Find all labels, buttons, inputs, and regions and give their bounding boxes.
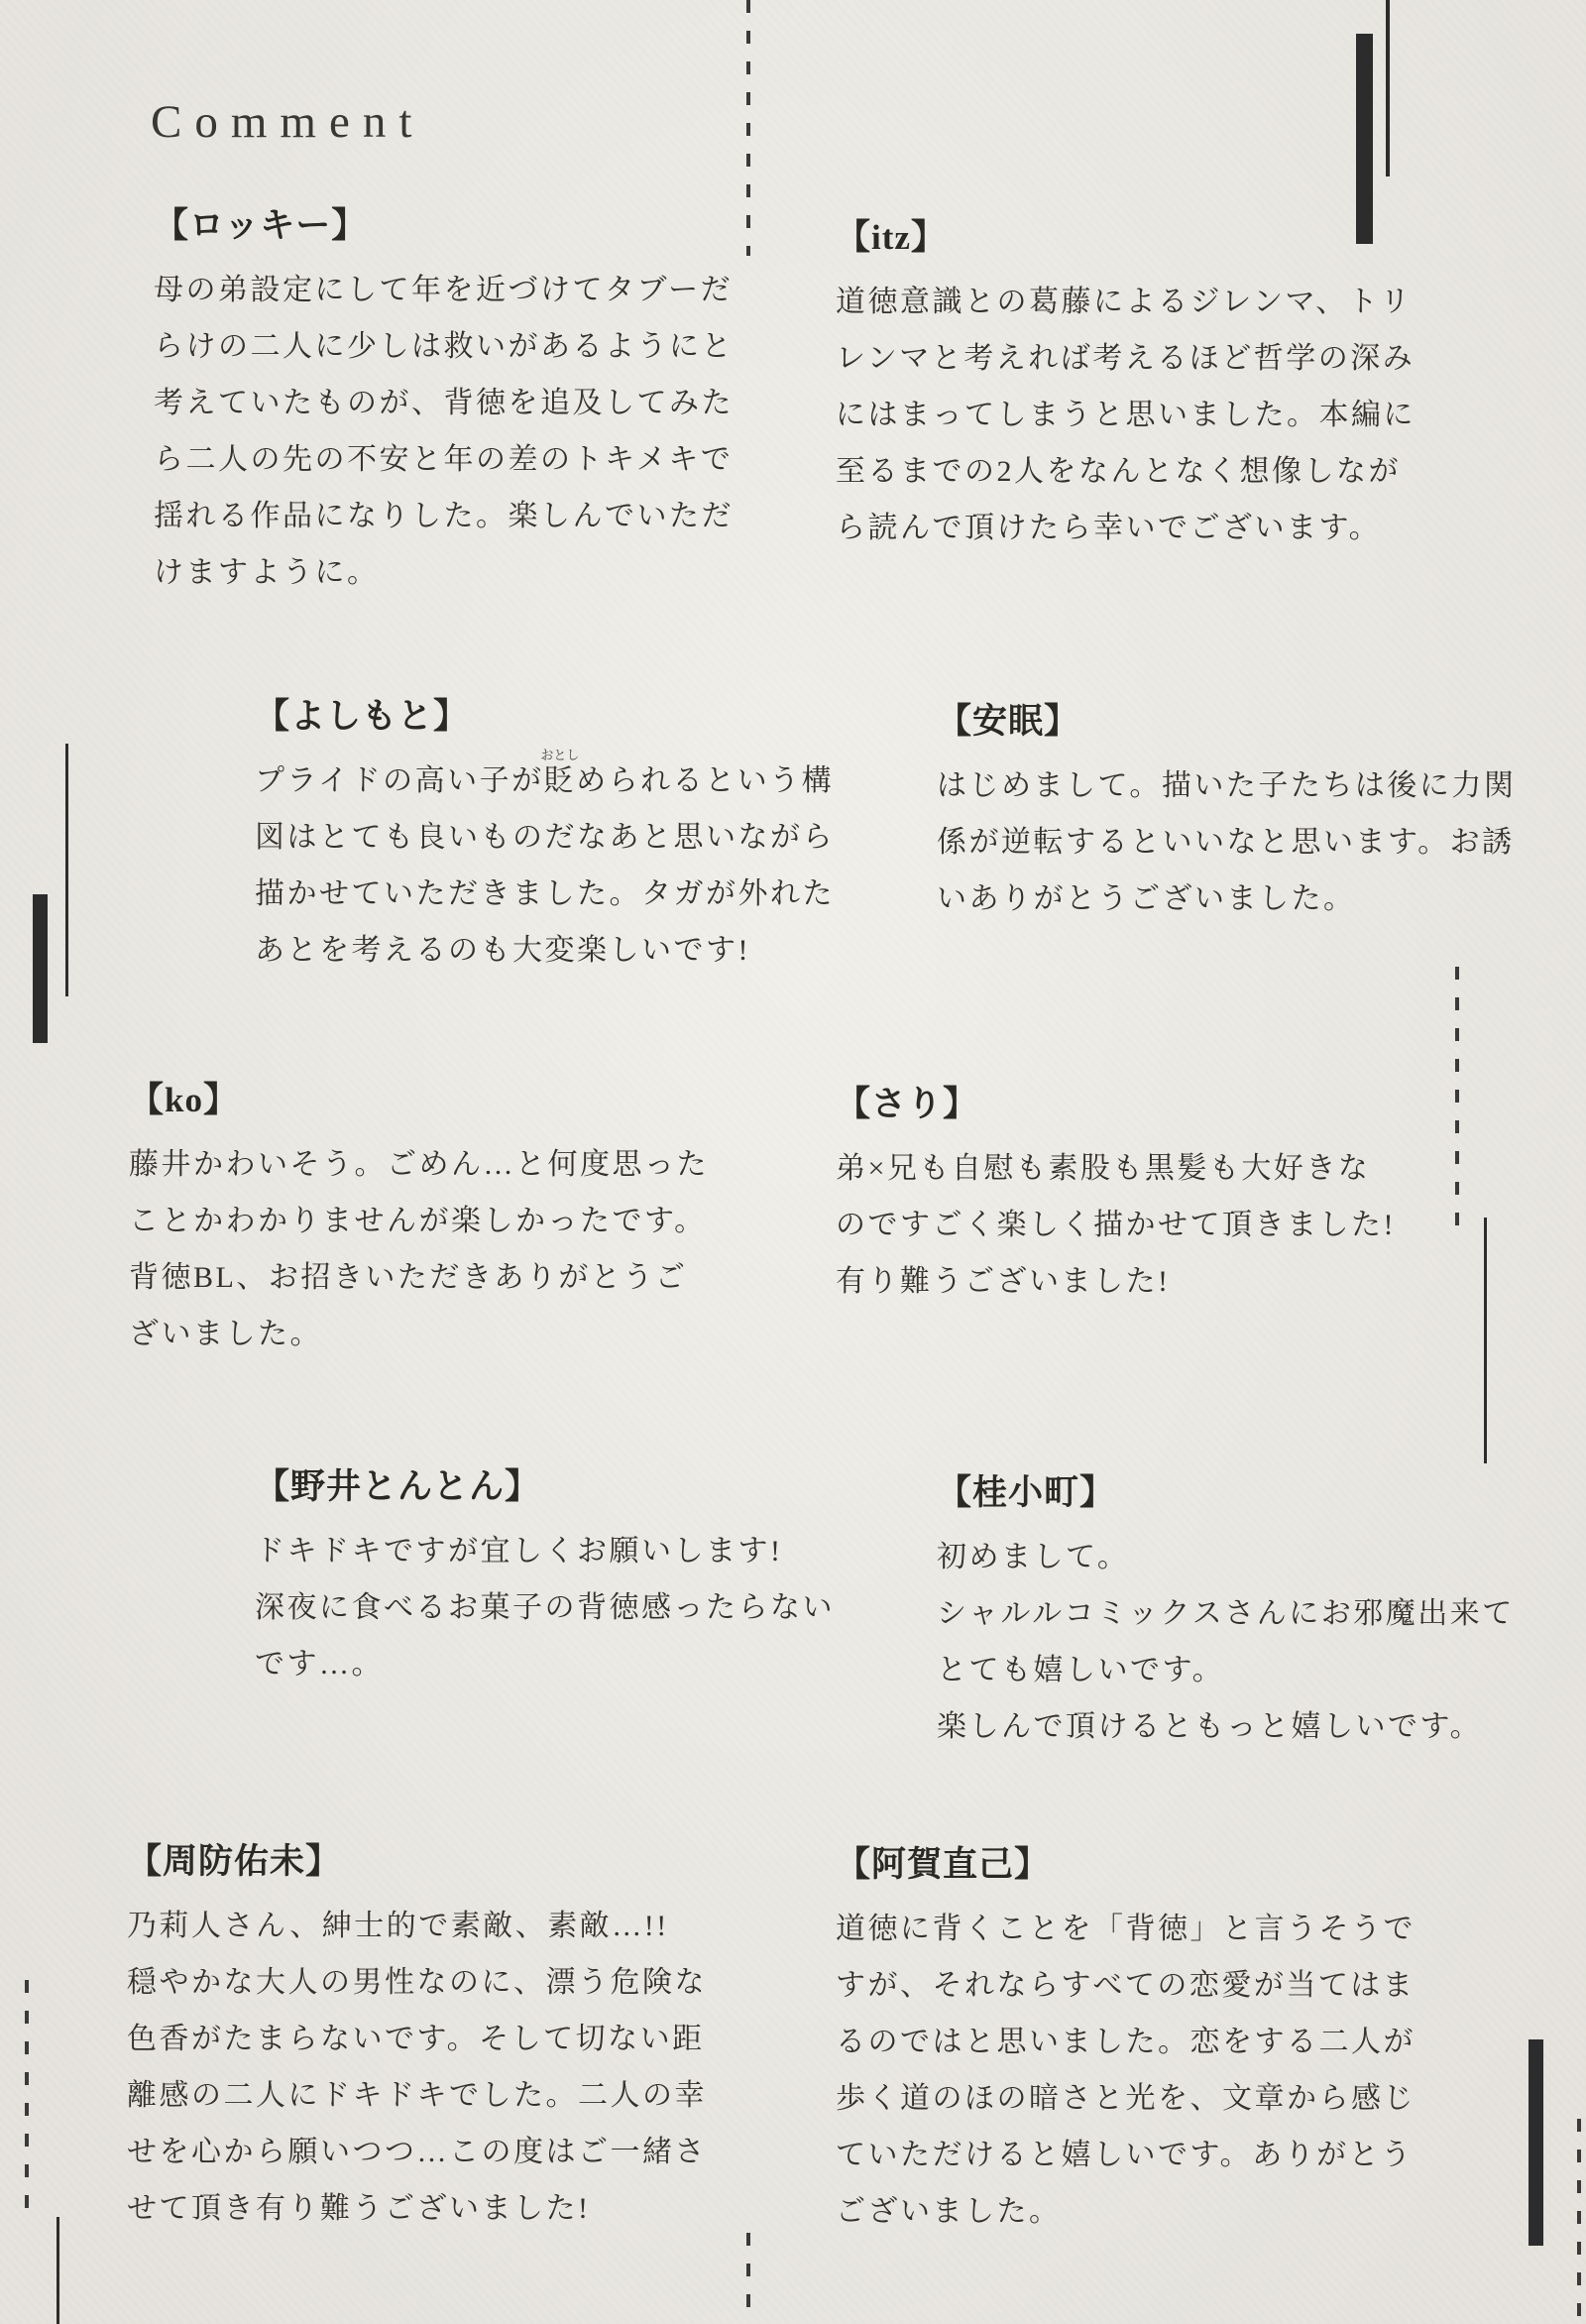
comment-line: 色香がたまらないです。そして切ない距 (127, 2011, 771, 2067)
comment-line: 弟×兄も自慰も素股も黒髪も大好きな (836, 1140, 1480, 1197)
comment-author: 【ko】 (129, 1073, 773, 1122)
comment-block-rokki: 【ロッキー】 母の弟設定にして年を近づけてタブーだらけの二人に少しは救いがあるよ… (154, 198, 798, 601)
trim-mark-dashed-top-center (746, 0, 750, 256)
trim-mark-line-left (65, 744, 68, 996)
comment-line: ていただけると嬉しいです。ありがとう (836, 2127, 1480, 2183)
comment-body: 母の弟設定にして年を近づけてタブーだらけの二人に少しは救いがあるようにと考えてい… (154, 262, 798, 601)
comment-line: 乃莉人さん、紳士的で素敵、素敵…!! (127, 1898, 771, 1954)
comment-line: ございました。 (836, 2183, 1480, 2240)
comment-line: るのではと思いました。恋をする二人が (836, 2014, 1480, 2070)
comment-line: 道徳意識との葛藤によるジレンマ、トリ (836, 274, 1480, 330)
trim-mark-line-right-middle (1484, 1218, 1487, 1463)
comment-body: 弟×兄も自慰も素股も黒髪も大好きなのですごく楽しく描かせて頂きました!有り難うご… (836, 1140, 1480, 1310)
comment-line: ら二人の先の不安と年の差のトキメキで (154, 431, 798, 488)
comment-line: せて頂き有り難うございました! (127, 2180, 771, 2237)
comment-line: 初めまして。 (937, 1529, 1581, 1585)
comment-line: 藤井かわいそう。ごめん…と何度思った (129, 1136, 773, 1193)
comment-line: のですごく楽しく描かせて頂きました! (836, 1197, 1480, 1253)
comment-block-anmin: 【安眠】 はじめまして。描いた子たちは後に力関係が逆転するといいなと思います。お… (937, 694, 1581, 927)
comment-line: とても嬉しいです。 (937, 1642, 1581, 1698)
comment-author: 【itz】 (836, 210, 1480, 260)
comment-line: 離感の二人にドキドキでした。二人の幸 (127, 2067, 771, 2124)
trim-mark-bar-left (33, 894, 48, 1043)
comment-line: 穏やかな大人の男性なのに、漂う危険な (127, 1954, 771, 2011)
comment-author: 【ロッキー】 (154, 198, 798, 248)
comment-line: 有り難うございました! (836, 1253, 1480, 1310)
trim-mark-bar-bottom-right (1529, 2039, 1543, 2246)
comment-block-noitonton: 【野井とんとん】 ドキドキですが宜しくお願いします!深夜に食べるお菓子の背徳感っ… (255, 1459, 899, 1692)
comment-line: 母の弟設定にして年を近づけてタブーだ (154, 262, 798, 318)
comment-line: 図はとても良いものだなあと思いながら (255, 809, 899, 866)
trim-mark-line-top-right (1386, 0, 1390, 176)
comment-author: 【さり】 (836, 1077, 1480, 1126)
comment-block-suoyumi: 【周防佑未】 乃莉人さん、紳士的で素敵、素敵…!!穏やかな大人の男性なのに、漂う… (127, 1834, 771, 2237)
comment-line: プライドの高い子がおとし貶められるという構 (255, 753, 899, 809)
comment-line: シャルルコミックスさんにお邪魔出来て (937, 1585, 1581, 1642)
comment-line: 揺れる作品になりした。楽しんでいただ (154, 488, 798, 544)
comment-line: すが、それならすべての恋愛が当てはま (836, 1957, 1480, 2014)
comment-line: ドキドキですが宜しくお願いします! (255, 1523, 899, 1579)
comment-line: 考えていたものが、背徳を追及してみた (154, 375, 798, 431)
comment-line: 楽しんで頂けるともっと嬉しいです。 (937, 1698, 1581, 1755)
comment-author: 【よしもと】 (255, 689, 899, 739)
comment-line: です…。 (255, 1636, 899, 1692)
comment-block-sari: 【さり】 弟×兄も自慰も素股も黒髪も大好きなのですごく楽しく描かせて頂きました!… (836, 1077, 1480, 1310)
trim-mark-bar-top-right (1356, 34, 1373, 244)
comment-body: はじめまして。描いた子たちは後に力関係が逆転するといいなと思います。お誘いありが… (937, 757, 1581, 927)
comment-line: 歩く道のほの暗さと光を、文章から感じ (836, 2070, 1480, 2127)
comment-body: 藤井かわいそう。ごめん…と何度思ったことかわかりませんが楽しかったです。背徳BL… (129, 1136, 773, 1362)
trim-mark-dashed-bottom-center (746, 2233, 750, 2324)
comment-author: 【安眠】 (937, 694, 1581, 744)
comment-body: 道徳意識との葛藤によるジレンマ、トリレンマと考えれば考えるほど哲学の深みにはまっ… (836, 274, 1480, 556)
furigana: おとし (540, 749, 579, 761)
comment-line: 至るまでの2人をなんとなく想像しなが (836, 443, 1480, 500)
comment-line: 背徳BL、お招きいただきありがとうご (129, 1249, 773, 1306)
comment-line: あとを考えるのも大変楽しいです! (255, 922, 899, 979)
comment-line: けますように。 (154, 544, 798, 601)
comment-block-yoshimoto: 【よしもと】 プライドの高い子がおとし貶められるという構図はとても良いものだなあ… (255, 689, 899, 979)
comment-body: 乃莉人さん、紳士的で素敵、素敵…!!穏やかな大人の男性なのに、漂う危険な色香がた… (127, 1898, 771, 2237)
comment-line: 係が逆転するといいなと思います。お誘 (937, 814, 1581, 871)
comment-line: 描かせていただきました。タガが外れた (255, 866, 899, 922)
comment-block-itz: 【itz】 道徳意識との葛藤によるジレンマ、トリレンマと考えれば考えるほど哲学の… (836, 210, 1480, 556)
comment-author: 【周防佑未】 (127, 1834, 771, 1884)
comment-body: ドキドキですが宜しくお願いします!深夜に食べるお菓子の背徳感ったらないです…。 (255, 1523, 899, 1692)
comment-author: 【阿賀直己】 (836, 1837, 1480, 1887)
comment-body: プライドの高い子がおとし貶められるという構図はとても良いものだなあと思いながら描… (255, 753, 899, 979)
comment-line: 道徳に背くことを「背徳」と言うそうで (836, 1901, 1480, 1957)
comment-body: 道徳に背くことを「背徳」と言うそうですが、それならすべての恋愛が当てはまるのでは… (836, 1901, 1480, 2240)
comment-line: せを心から願いつつ…この度はご一緒さ (127, 2124, 771, 2180)
comment-line: レンマと考えれば考えるほど哲学の深み (836, 330, 1480, 387)
comment-block-aganaoki: 【阿賀直己】 道徳に背くことを「背徳」と言うそうですが、それならすべての恋愛が当… (836, 1837, 1480, 2240)
comment-block-katsurakomachi: 【桂小町】 初めまして。シャルルコミックスさんにお邪魔出来てとても嬉しいです。楽… (937, 1465, 1581, 1755)
comment-line: ざいました。 (129, 1306, 773, 1362)
comment-author: 【桂小町】 (937, 1465, 1581, 1515)
trim-mark-line-bottom-left (57, 2217, 59, 2324)
trim-mark-dashed-bottom-left (25, 1980, 29, 2226)
page-title: Comment (151, 95, 424, 149)
comment-line: ら読んで頂けたら幸いでございます。 (836, 500, 1480, 556)
comment-line: いありがとうございました。 (937, 871, 1581, 927)
scanned-comment-page: Comment 【ロッキー】 母の弟設定にして年を近づけてタブーだらけの二人に少… (0, 0, 1586, 2324)
comment-body: 初めまして。シャルルコミックスさんにお邪魔出来てとても嬉しいです。楽しんで頂ける… (937, 1529, 1581, 1755)
comment-block-ko: 【ko】 藤井かわいそう。ごめん…と何度思ったことかわかりませんが楽しかったです… (129, 1073, 773, 1362)
comment-author: 【野井とんとん】 (255, 1459, 899, 1509)
comment-line: らけの二人に少しは救いがあるようにと (154, 318, 798, 375)
trim-mark-dashed-right-middle (1455, 967, 1459, 1226)
trim-mark-dashed-bottom-right (1577, 2119, 1581, 2324)
comment-line: にはまってしまうと思いました。本編に (836, 387, 1480, 443)
comment-line: 深夜に食べるお菓子の背徳感ったらない (255, 1579, 899, 1636)
comment-line: ことかわかりませんが楽しかったです。 (129, 1193, 773, 1249)
comment-line: はじめまして。描いた子たちは後に力関 (937, 757, 1581, 814)
